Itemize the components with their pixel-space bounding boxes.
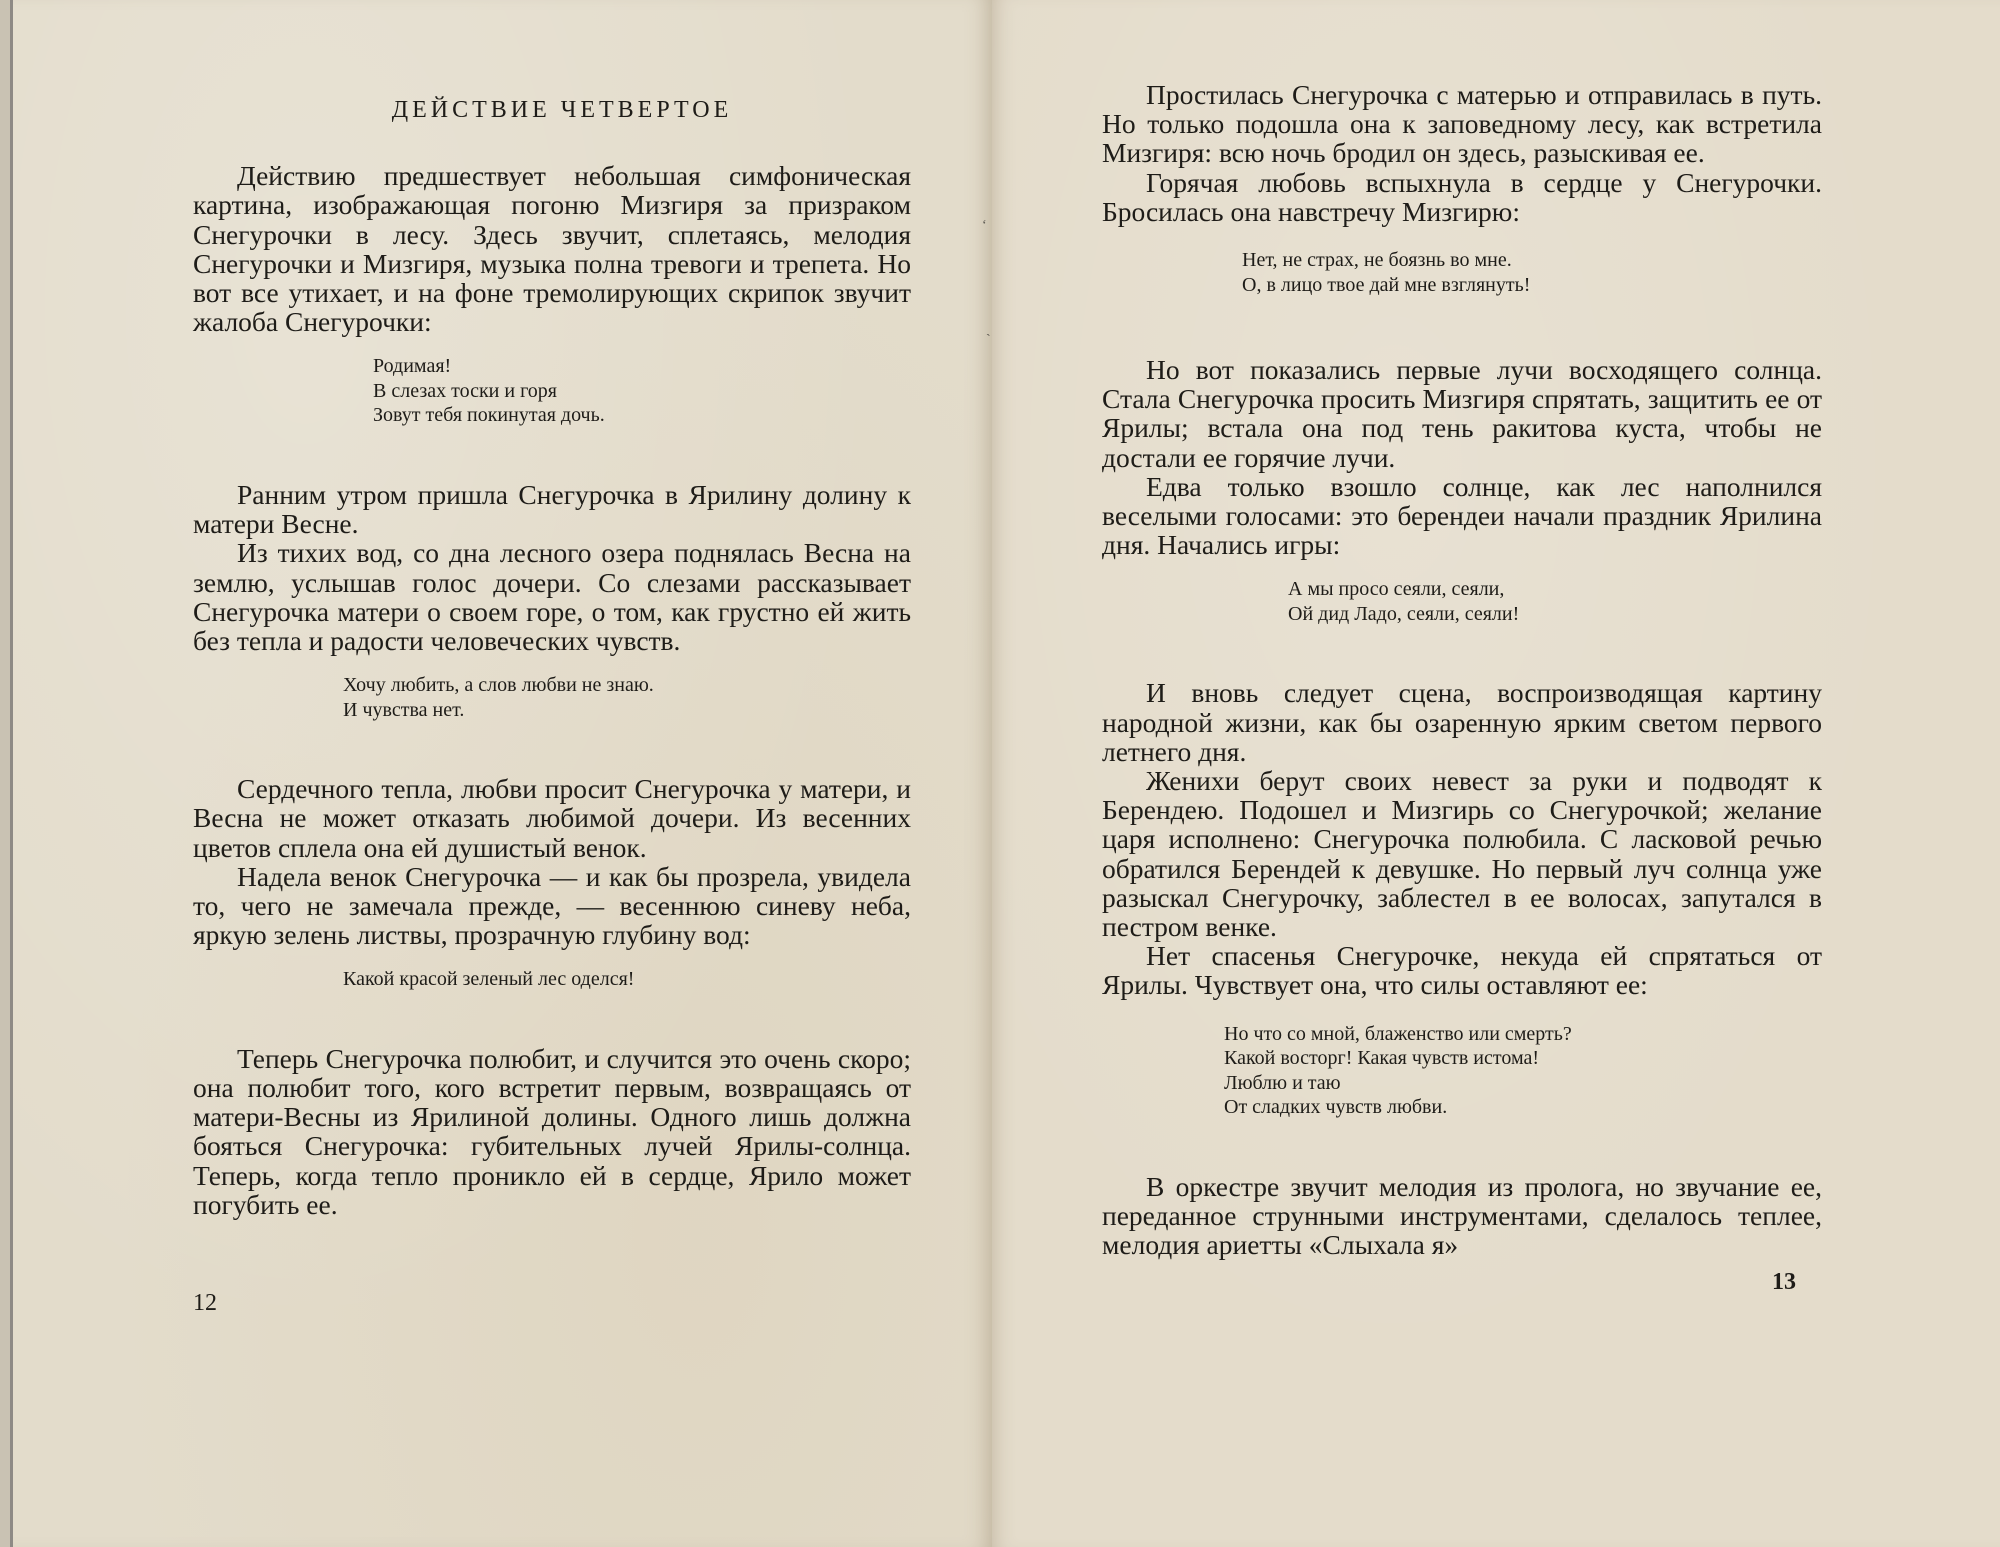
verse-quote: А мы просо сеяли, сеяли, Ой дид Ладо, се… <box>1102 577 1822 626</box>
verse-line: Нет, не страх, не боязнь во мне. <box>1242 248 1822 273</box>
right-text-column: Простилась Снегурочка с матерью и отправ… <box>1102 80 1822 1259</box>
verse-line: Люблю и таю <box>1224 1071 1822 1096</box>
verse-line: В слезах тоски и горя <box>373 379 911 404</box>
verse-line: От сладких чувств любви. <box>1224 1095 1822 1120</box>
verse-line: Но что со мной, блаженство или смерть? <box>1224 1022 1822 1047</box>
binding-thread-mark: ˎ <box>986 322 991 338</box>
verse-quote: Какой красой зеленый лес оделся! <box>193 967 911 992</box>
paragraph: Теперь Снегурочка полюбит, и случится эт… <box>193 1044 911 1219</box>
paragraph: Сердечного тепла, любви просит Снегурочк… <box>193 774 911 862</box>
paragraph: Действию предшествует небольшая симфонич… <box>193 161 911 336</box>
paragraph: И вновь следует сцена, воспроизводящая к… <box>1102 678 1822 766</box>
verse-line: Хочу любить, а слов любви не знаю. <box>343 673 911 698</box>
verse-quote: Нет, не страх, не боязнь во мне. О, в ли… <box>1102 248 1822 297</box>
verse-quote: Родимая! В слезах тоски и горя Зовут теб… <box>193 354 911 428</box>
binding-thread-mark: ʻ <box>982 218 987 234</box>
paragraph: Нет спасенья Снегурочке, некуда ей спрят… <box>1102 941 1822 999</box>
left-text-column: ДЕЙСТВИЕ ЧЕТВЕРТОЕ Действию предшествует… <box>193 96 911 1219</box>
verse-quote: Но что со мной, блаженство или смерть? К… <box>1102 1022 1822 1120</box>
page-number: 13 <box>1772 1269 1796 1296</box>
paragraph: Из тихих вод, со дна лесного озера подня… <box>193 538 911 655</box>
act-heading: ДЕЙСТВИЕ ЧЕТВЕРТОЕ <box>193 96 911 125</box>
paragraph: В оркестре звучит мелодия из пролога, но… <box>1102 1172 1822 1260</box>
paragraph: Ранним утром пришла Снегурочка в Ярилину… <box>193 480 911 538</box>
paragraph: Едва только взошло солнце, как лес напол… <box>1102 472 1822 560</box>
verse-quote: Хочу любить, а слов любви не знаю. И чув… <box>193 673 911 722</box>
page-edge <box>10 0 13 1547</box>
paragraph: Надела венок Снегурочка — и как бы прозр… <box>193 862 911 950</box>
paragraph: Женихи берут своих невест за руки и подв… <box>1102 766 1822 941</box>
page-number: 12 <box>193 1290 217 1317</box>
verse-line: Зовут тебя покинутая дочь. <box>373 403 911 428</box>
verse-line: И чувства нет. <box>343 698 911 723</box>
paragraph: Но вот показались первые лучи восходящег… <box>1102 355 1822 472</box>
verse-line: Ой дид Ладо, сеяли, сеяли! <box>1288 602 1822 627</box>
verse-line: Какой красой зеленый лес оделся! <box>343 967 911 992</box>
right-page: ʻ ˎ Простилась Снегурочка с матерью и от… <box>992 0 2000 1547</box>
verse-line: О, в лицо твое дай мне взглянуть! <box>1242 273 1822 298</box>
paragraph: Горячая любовь вспыхнула в сердце у Снег… <box>1102 168 1822 226</box>
paragraph: Простилась Снегурочка с матерью и отправ… <box>1102 80 1822 168</box>
book-spread: ДЕЙСТВИЕ ЧЕТВЕРТОЕ Действию предшествует… <box>0 0 2000 1547</box>
verse-line: Родимая! <box>373 354 911 379</box>
verse-line: А мы просо сеяли, сеяли, <box>1288 577 1822 602</box>
verse-line: Какой восторг! Какая чувств истома! <box>1224 1046 1822 1071</box>
left-page: ДЕЙСТВИЕ ЧЕТВЕРТОЕ Действию предшествует… <box>0 0 992 1547</box>
